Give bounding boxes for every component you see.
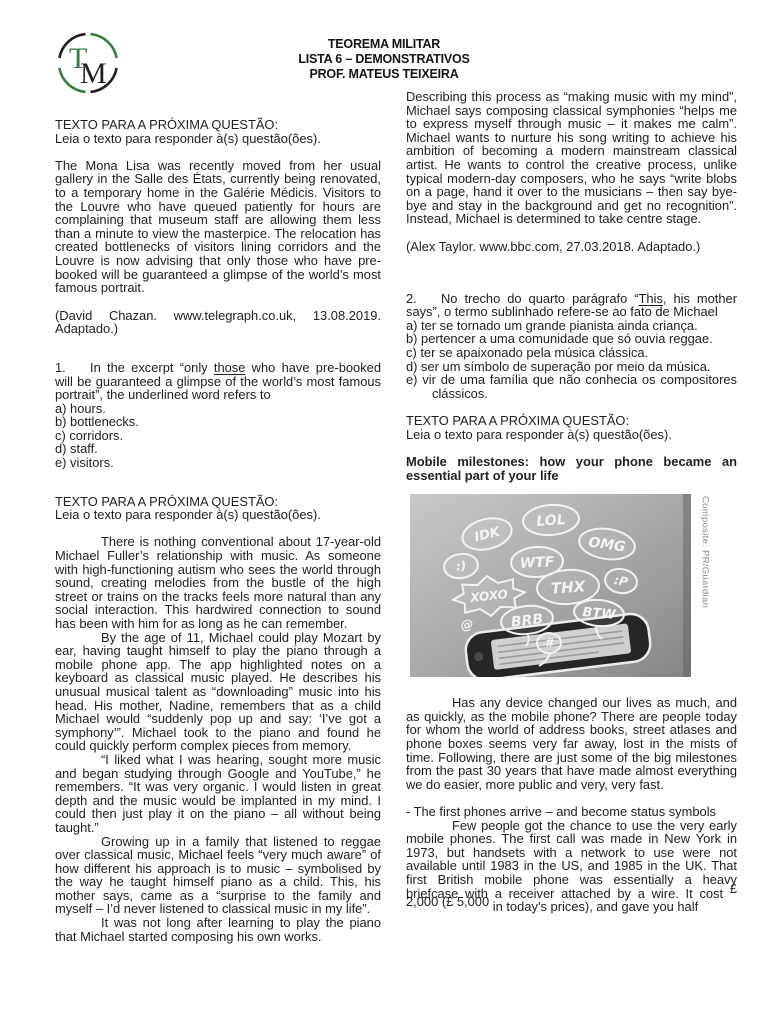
question-2: 2.No trecho do quarto parágrafo “This, h…	[406, 292, 737, 319]
question-2-option-d: d) ser um símbolo de superação por meio …	[406, 360, 737, 374]
question-2-option-e: e) vir de uma família que não conhecia o…	[406, 373, 737, 400]
question-2-options: a) ter se tornado um grande pianista ain…	[406, 319, 737, 401]
question-1-option-a: a) hours.	[55, 402, 381, 416]
question-2-number: 2.	[406, 292, 441, 306]
michael-paragraph-1: There is nothing conventional about 17-y…	[55, 535, 381, 630]
bubble-text: :)	[455, 559, 467, 574]
first-phones-text-tail: in today’s prices), and gave you half	[489, 899, 698, 914]
document-page: T M TEOREMA MILITAR LISTA 6 – DEMONSTRAT…	[0, 0, 768, 1024]
question-2-option-a: a) ter se tornado um grande pianista ain…	[406, 319, 737, 333]
phone-image: IDK LOL OMG :)	[410, 494, 691, 677]
image-credit: Composite: PR/Guardian	[698, 496, 712, 676]
first-phones-paragraph: Few people got the chance to use the ver…	[406, 819, 737, 914]
leia-o-texto-line: Leia o texto para responder à(s) questão…	[406, 428, 737, 442]
texto-proxima-questao-heading: TEXTO PARA A PRÓXIMA QUESTÃO:	[406, 414, 737, 428]
bubble-text: LOL	[536, 512, 566, 530]
right-column: Describing this process as “making music…	[406, 90, 737, 914]
article-title: Mobile milestones: how your phone became…	[406, 455, 737, 482]
texto-proxima-questao-heading: TEXTO PARA A PRÓXIMA QUESTÃO:	[55, 495, 381, 509]
milestone-heading: - The first phones arrive – and become s…	[406, 805, 737, 819]
question-1-option-e: e) visitors.	[55, 456, 381, 470]
left-column: TEXTO PARA A PRÓXIMA QUESTÃO: Leia o tex…	[55, 118, 381, 943]
mona-lisa-paragraph: The Mona Lisa was recently moved from he…	[55, 159, 381, 295]
question-1: 1.In the excerpt “only those who have pr…	[55, 361, 381, 402]
document-header: TEOREMA MILITAR LISTA 6 – DEMONSTRATIVOS…	[0, 37, 768, 82]
question-1-option-d: d) staff.	[55, 442, 381, 456]
speech-bubble: #	[537, 633, 561, 653]
mobile-intro-paragraph: Has any device changed our lives as much…	[406, 696, 737, 791]
michael-paragraph-4: Growing up in a family that listened to …	[55, 835, 381, 917]
michael-paragraph-3: “I liked what I was hearing, sought more…	[55, 753, 381, 835]
michael-continuation-paragraph: Describing this process as “making music…	[406, 90, 737, 226]
header-title-line-2: LISTA 6 – DEMONSTRATIVOS	[0, 52, 768, 67]
question-1-option-b: b) bottlenecks.	[55, 415, 381, 429]
question-1-number: 1.	[55, 361, 90, 375]
source-citation-bbc: (Alex Taylor. www.bbc.com, 27.03.2018. A…	[406, 240, 737, 254]
michael-paragraph-5: It was not long after learning to play t…	[55, 916, 381, 943]
source-citation-telegraph: (David Chazan. www.telegraph.co.uk, 13.0…	[55, 309, 381, 336]
bubble-text: BRB	[510, 612, 544, 631]
header-title-line-1: TEOREMA MILITAR	[0, 37, 768, 52]
leia-o-texto-line: Leia o texto para responder à(s) questão…	[55, 508, 381, 522]
phone-figure: IDK LOL OMG :)	[406, 494, 737, 677]
michael-paragraph-2: By the age of 11, Michael could play Moz…	[55, 631, 381, 753]
header-title-line-3: PROF. MATEUS TEIXEIRA	[0, 67, 768, 82]
question-2-option-b: b) pertencer a uma comunidade que só ouv…	[406, 332, 737, 346]
photo-edge-shadow	[683, 494, 691, 677]
texto-proxima-questao-heading: TEXTO PARA A PRÓXIMA QUESTÃO:	[55, 118, 381, 132]
bubble-text: BTW	[582, 605, 617, 623]
question-2-option-c: c) ter se apaixonado pela música clássic…	[406, 346, 737, 360]
first-phones-text: Few people got the chance to use the ver…	[406, 818, 737, 901]
question-1-option-c: c) corridors.	[55, 429, 381, 443]
bubble-text: THX	[550, 577, 587, 597]
bubble-text: :P	[613, 573, 629, 589]
leia-o-texto-line: Leia o texto para responder à(s) questão…	[55, 132, 381, 146]
bubble-text: WTF	[519, 554, 555, 572]
question-1-options: a) hours. b) bottlenecks. c) corridors. …	[55, 402, 381, 470]
michael-fuller-text: There is nothing conventional about 17-y…	[55, 535, 381, 943]
